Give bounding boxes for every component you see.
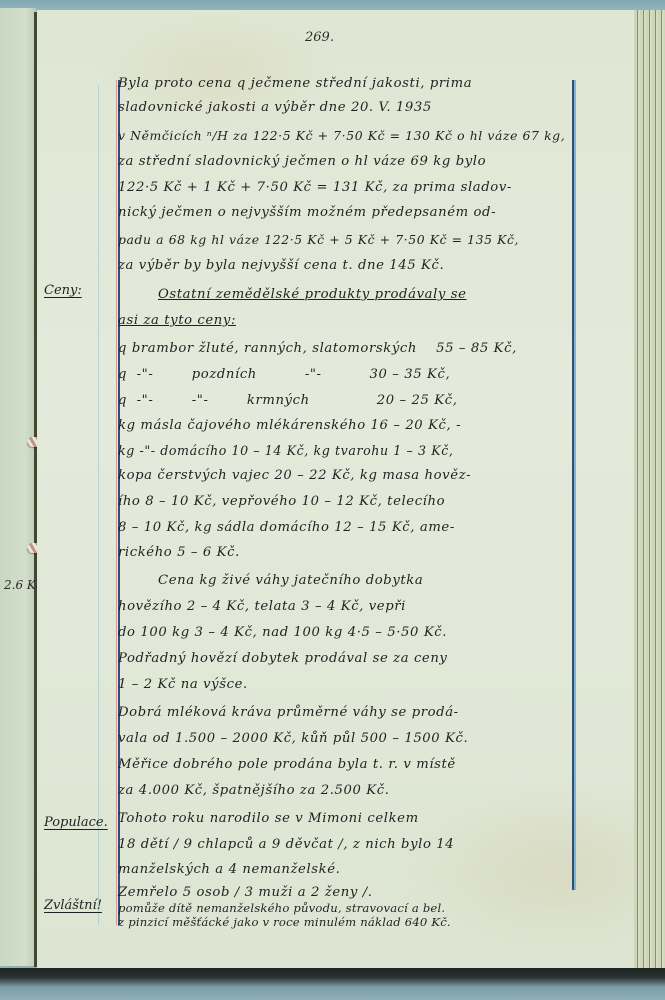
text-line: Podřadný hovězí dobytek prodával se za c… (118, 651, 573, 666)
text-line: nický ječmen o nejvyšším možném předepsa… (118, 205, 573, 220)
text-line: manželských a 4 nemanželské. (118, 862, 573, 877)
text-line: rického 5 – 6 Kč. (118, 545, 573, 560)
price-list-row: q -"- -"- krmných 20 – 25 Kč, (118, 393, 573, 408)
text-line: za 4.000 Kč, špatnějšího za 2.500 Kč. (118, 783, 573, 798)
price-list-row: q brambor žluté, ranných, slatomorských … (118, 341, 573, 356)
text-line: 18 dětí / 9 chlapců a 9 děvčat /, z nich… (118, 837, 573, 852)
text-line: kopa čerstvých vajec 20 – 22 Kč, kg masa… (118, 468, 573, 483)
text-line: sladovnické jakosti a výběr dne 20. V. 1… (118, 100, 573, 115)
text-line: vala od 1.500 – 2000 Kč, kůň půl 500 – 1… (118, 731, 573, 746)
page-number: 269. (305, 30, 334, 45)
price-list-row: q -"- pozdních -"- 30 – 35 Kč, (118, 367, 573, 382)
right-red-margin-rule (575, 80, 576, 890)
text-line: kg -"- domácího 10 – 14 Kč, kg tvarohu 1… (118, 443, 573, 458)
text-line: z pinzicí měšťácké jako v roce minulém n… (118, 915, 573, 929)
left-red-margin-rule (116, 80, 117, 925)
text-line: v Němčicích ⁿ/H za 122·5 Kč + 7·50 Kč = … (118, 128, 573, 143)
text-line: padu a 68 kg hl váze 122·5 Kč + 5 Kč + 7… (118, 232, 573, 247)
text-line: 1 – 2 Kč na výšce. (118, 677, 573, 692)
text-line: Byla proto cena q ječmene střední jakost… (118, 76, 573, 91)
section-heading-line: asi za tyto ceny: (118, 313, 573, 328)
text-line: za výběr by byla nejvyšší cena t. dne 14… (118, 258, 573, 273)
left-page-edge (0, 8, 36, 966)
faint-margin-rule (98, 85, 99, 925)
text-line: Dobrá mléková kráva průměrné váhy se pro… (118, 705, 573, 720)
text-line: 122·5 Kč + 1 Kč + 7·50 Kč = 131 Kč, za p… (118, 180, 573, 195)
text-line: kg másla čajového mlékárenského 16 – 20 … (118, 418, 573, 433)
text-line: do 100 kg 3 – 4 Kč, nad 100 kg 4·5 – 5·5… (118, 625, 573, 640)
text-line: Tohoto roku narodilo se v Mimoni celkem (118, 811, 573, 826)
text-line: Cena kg živé váhy jatečního dobytka (158, 573, 613, 588)
text-line: pomůže dítě nemanželského původu, stravo… (118, 901, 573, 915)
text-line: Měřice dobrého pole prodána byla t. r. v… (118, 757, 573, 772)
section-heading-line: Ostatní zemědělské produkty prodávaly se (158, 287, 613, 302)
bottom-backdrop (0, 968, 665, 1000)
margin-label-prices: Ceny: (44, 283, 114, 298)
text-line: 8 – 10 Kč, kg sádla domácího 12 – 15 Kč,… (118, 520, 573, 535)
page-stack-edges (634, 10, 665, 968)
text-line: hovězího 2 – 4 Kč, telata 3 – 4 Kč, vepř… (118, 599, 573, 614)
text-line: za střední sladovnický ječmen o hl váze … (118, 154, 573, 169)
margin-label-population: Populace. (44, 815, 114, 830)
text-line: ího 8 – 10 Kč, vepřového 10 – 12 Kč, tel… (118, 494, 573, 509)
text-line: Zemřelo 5 osob / 3 muži a 2 ženy /. (118, 885, 573, 900)
margin-label-special: Zvláštní! (44, 898, 114, 913)
